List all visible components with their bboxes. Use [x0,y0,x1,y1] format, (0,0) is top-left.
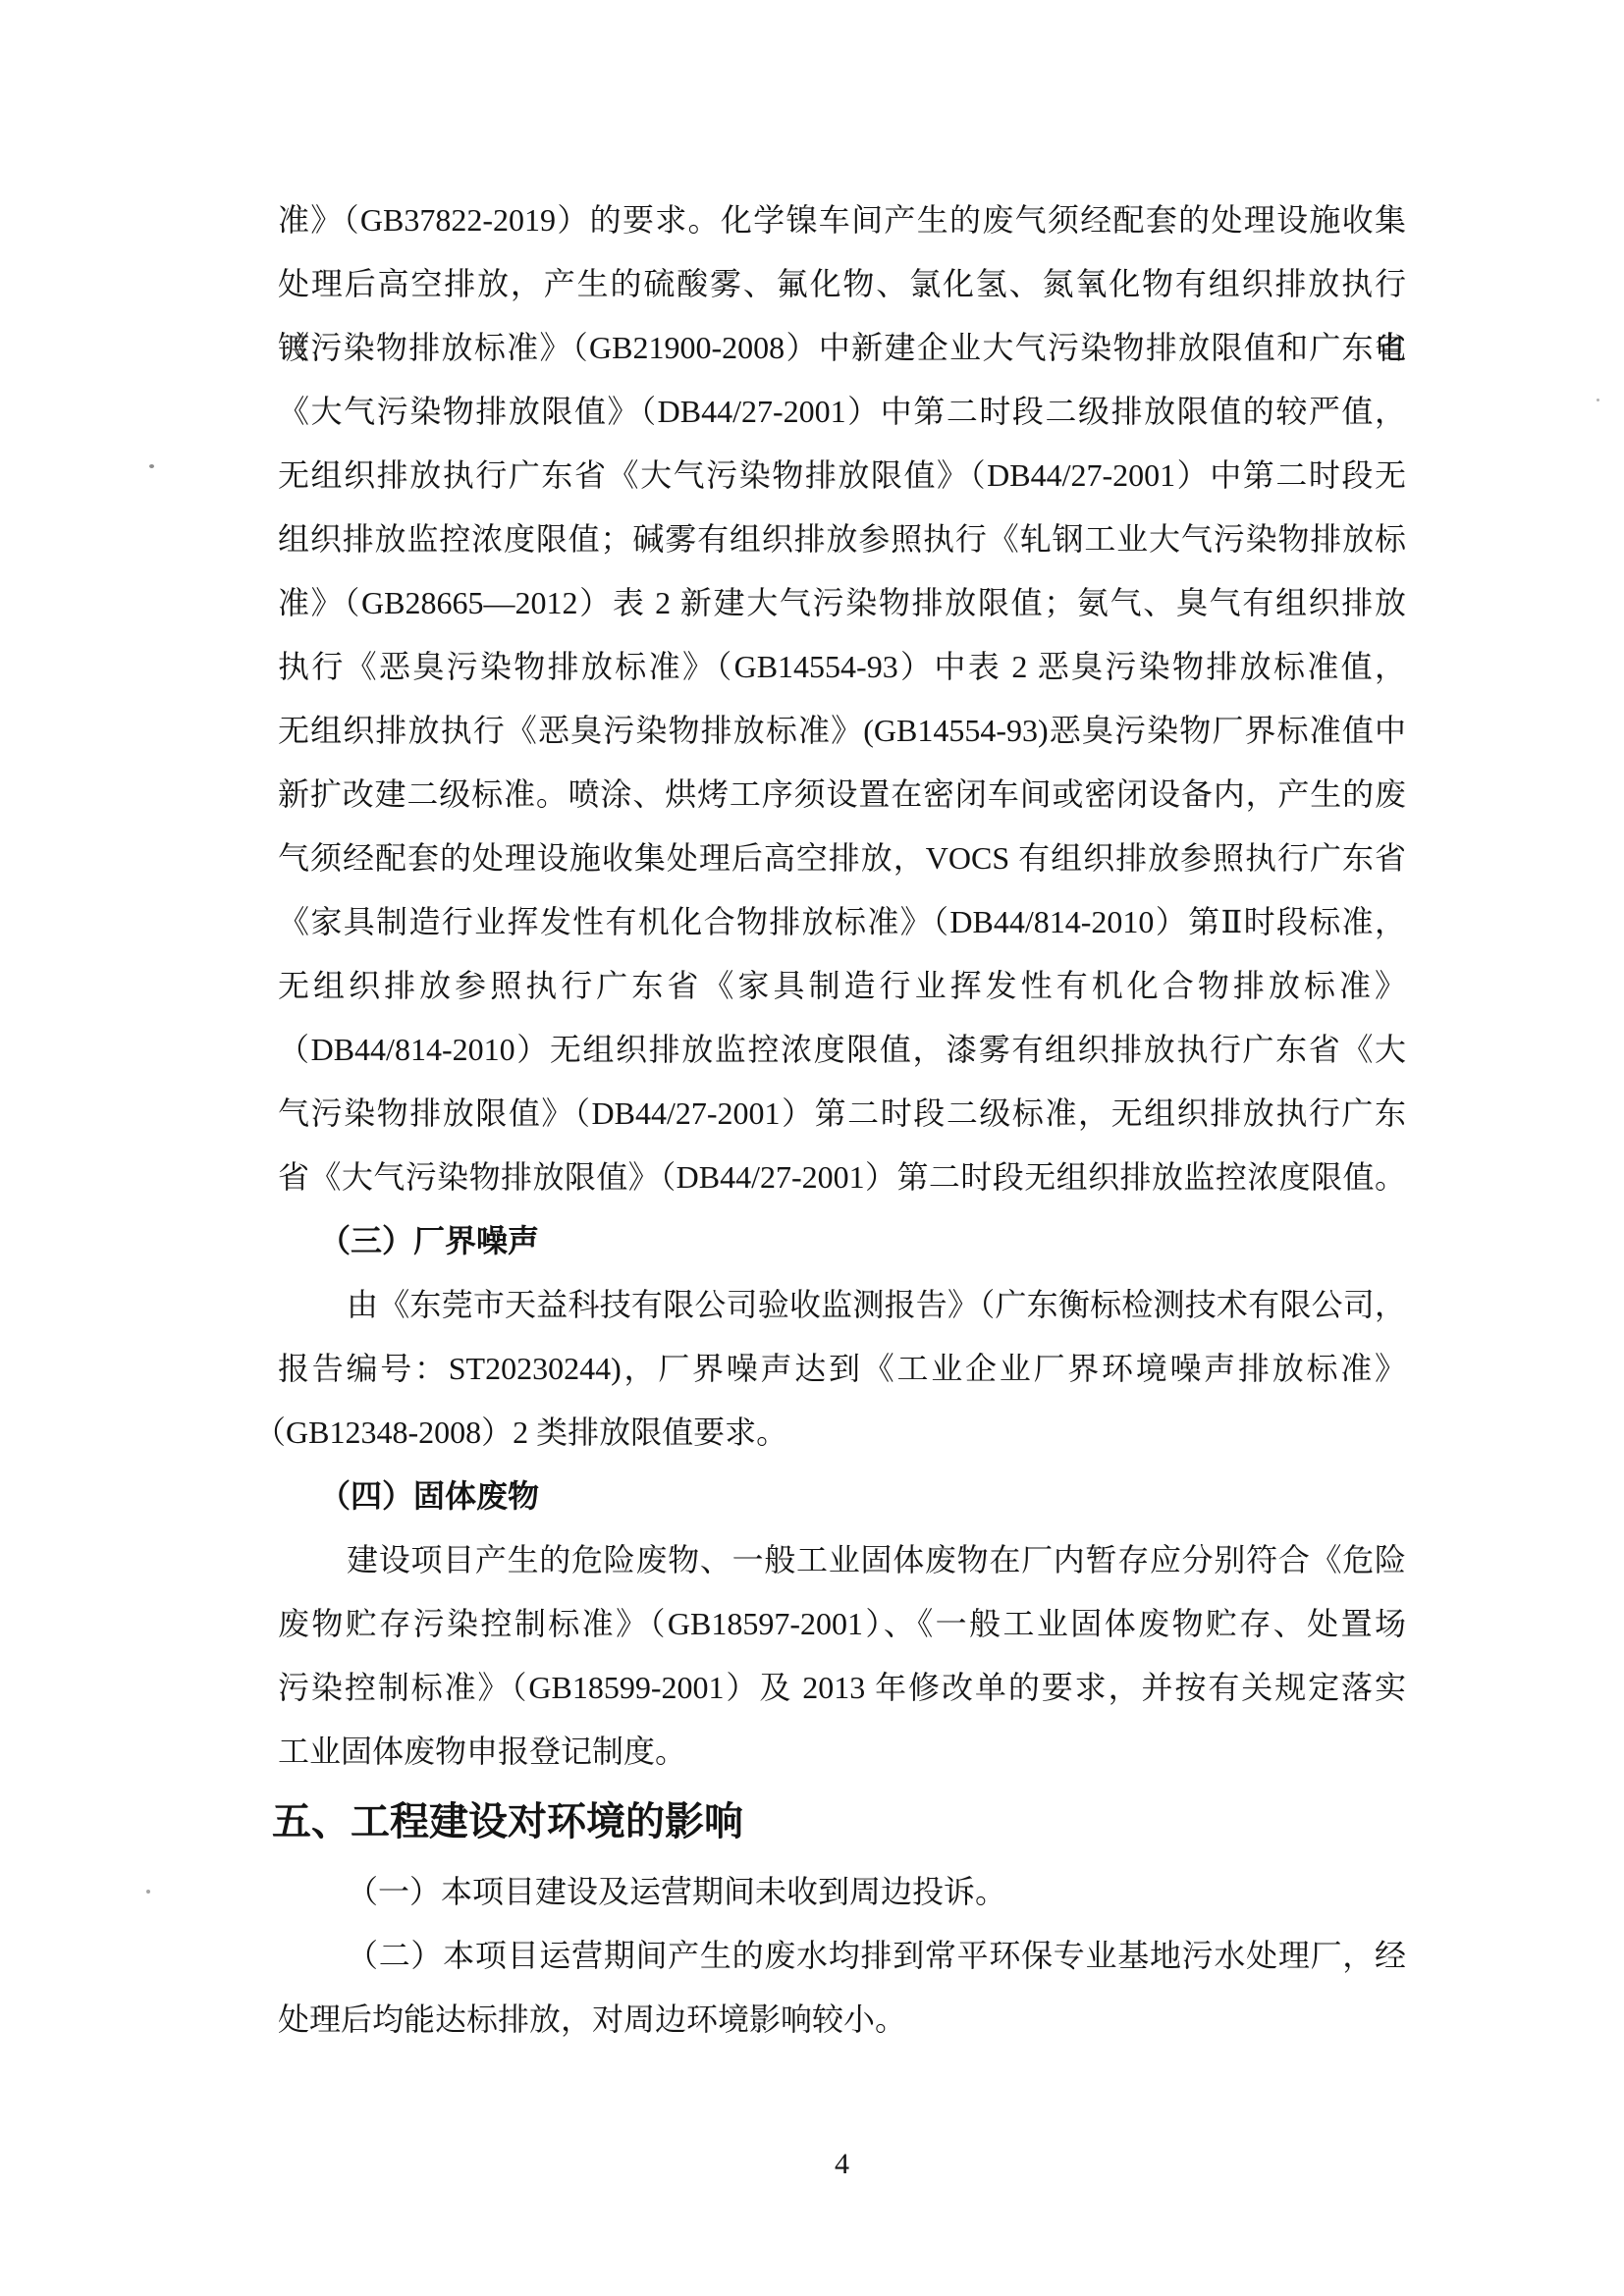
body-line: 新扩改建二级标准。喷涂、烘烤工序须设置在密闭车间或密闭设备内，产生的废 [278,763,1406,827]
body-line: 由《东莞市天益科技有限公司验收监测报告》（广东衡标检测技术有限公司， [278,1273,1406,1337]
body-line: 执行《恶臭污染物排放标准》（GB14554-93）中表 2 恶臭污染物排放标准值… [278,635,1406,699]
chapter-heading-environment-impact: 五、工程建设对环境的影响 [272,1784,1406,1860]
subsection-heading-solid-waste: （四）固体废物 [278,1465,1406,1528]
body-line: （二）本项目运营期间产生的废水均排到常平环保专业基地污水处理厂，经 [278,1924,1406,1988]
body-line: 无组织排放执行《恶臭污染物排放标准》(GB14554-93)恶臭污染物厂界标准值… [278,699,1406,763]
scan-artifact-dot [1597,399,1599,401]
body-line: （DB44/814-2010）无组织排放监控浓度限值，漆雾有组织排放执行广东省《… [278,1018,1406,1082]
body-line: 废物贮存污染控制标准》（GB18597-2001）、《一般工业固体废物贮存、处置… [278,1592,1406,1656]
scan-artifact-dot [149,464,154,468]
document-text-block: 准》（GB37822-2019）的要求。化学镍车间产生的废气须经配套的处理设施收… [278,188,1406,2052]
body-line: 无组织排放执行广东省《大气污染物排放限值》（DB44/27-2001）中第二时段… [278,444,1406,507]
body-line: 气须经配套的处理设施收集处理后高空排放，VOCS 有组织排放参照执行广东省 [278,827,1406,890]
body-line: 准》（GB28665—2012）表 2 新建大气污染物排放限值；氨气、臭气有组织… [278,571,1406,635]
body-line: 处理后高空排放，产生的硫酸雾、氟化物、氯化氢、氮氧化物有组织排放执行《电 [278,252,1406,316]
body-line: 处理后均能达标排放，对周边环境影响较小。 [278,1988,1406,2052]
body-line: （GB12348-2008）2 类排放限值要求。 [254,1401,1406,1465]
body-line: （一）本项目建设及运营期间未收到周边投诉。 [278,1860,1406,1924]
body-line: 省《大气污染物排放限值》（DB44/27-2001）第二时段无组织排放监控浓度限… [278,1146,1406,1209]
body-line: 准》（GB37822-2019）的要求。化学镍车间产生的废气须经配套的处理设施收… [278,188,1406,252]
scan-artifact-dot [146,1890,150,1894]
body-line: 报告编号：ST20230244)，厂界噪声达到《工业企业厂界环境噪声排放标准》 [278,1337,1406,1401]
body-line: 建设项目产生的危险废物、一般工业固体废物在厂内暂存应分别符合《危险 [278,1528,1406,1592]
body-line: 《大气污染物排放限值》（DB44/27-2001）中第二时段二级排放限值的较严值… [278,380,1406,444]
body-line: 镀污染物排放标准》（GB21900-2008）中新建企业大气污染物排放限值和广东… [278,316,1406,380]
page-number: 4 [278,2148,1406,2181]
body-line: 《家具制造行业挥发性有机化合物排放标准》（DB44/814-2010）第Ⅱ时段标… [278,890,1406,954]
body-line: 气污染物排放限值》（DB44/27-2001）第二时段二级标准，无组织排放执行广… [278,1082,1406,1146]
body-line: 组织排放监控浓度限值；碱雾有组织排放参照执行《轧钢工业大气污染物排放标 [278,507,1406,571]
subsection-heading-factory-noise: （三）厂界噪声 [278,1209,1406,1273]
body-line: 工业固体废物申报登记制度。 [278,1720,1406,1784]
body-line: 无组织排放参照执行广东省《家具制造行业挥发性有机化合物排放标准》 [278,954,1406,1018]
body-line: 污染控制标准》（GB18599-2001）及 2013 年修改单的要求，并按有关… [278,1656,1406,1720]
